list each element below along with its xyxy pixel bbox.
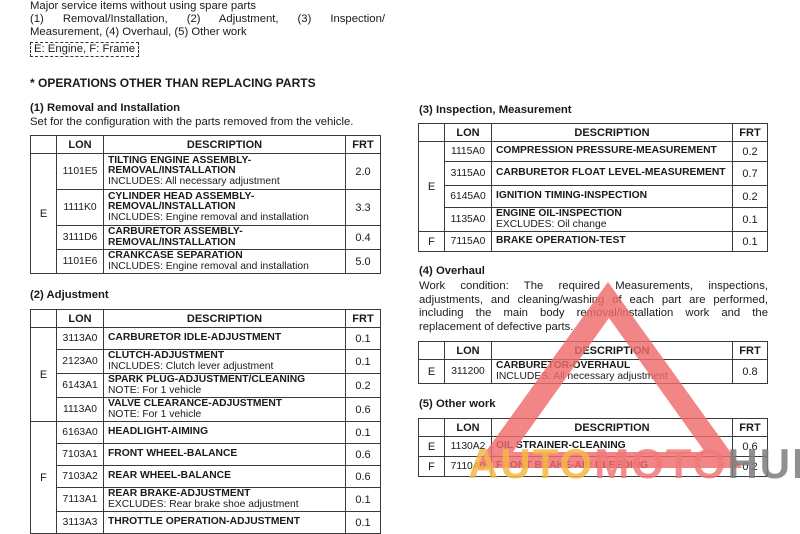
table-row: F7115A0BRAKE OPERATION-TEST0.1 <box>419 232 768 252</box>
table-row: 3113A3THROTTLE OPERATION-ADJUSTMENT0.1 <box>31 512 381 534</box>
frt-cell: 0.1 <box>346 488 381 512</box>
intro-line-3: Measurement, (4) Overhaul, (5) Other wor… <box>30 26 385 39</box>
description-title: REAR WHEEL-BALANCE <box>108 471 341 482</box>
description-title: ENGINE OIL-INSPECTION <box>496 209 728 220</box>
description-title: CRANKCASE SEPARATION <box>108 251 341 262</box>
description-note: INCLUDES: Engine removal and installatio… <box>108 213 341 224</box>
table-row: 3111D6CARBURETOR ASSEMBLY-REMOVAL/INSTAL… <box>31 226 381 250</box>
table-row: 1101E6CRANKCASE SEPARATIONINCLUDES: Engi… <box>31 250 381 274</box>
category-legend: E: Engine, F: Frame <box>30 42 139 57</box>
lon-cell: 7113A1 <box>57 488 104 512</box>
description-title: COMPRESSION PRESSURE-MEASUREMENT <box>496 146 728 157</box>
description-cell: TILTING ENGINE ASSEMBLY-REMOVAL/INSTALLA… <box>104 154 346 190</box>
lon-cell: 1111K0 <box>57 190 104 226</box>
frt-cell: 0.8 <box>733 360 768 384</box>
table-row: 2123A0CLUTCH-ADJUSTMENTINCLUDES: Clutch … <box>31 350 381 374</box>
table-row: 1135A0ENGINE OIL-INSPECTIONEXCLUDES: Oil… <box>419 208 768 232</box>
category-cell: F <box>31 422 57 534</box>
frt-cell: 0.6 <box>346 466 381 488</box>
header-category <box>31 310 57 328</box>
description-note: EXCLUDES: Oil change <box>496 220 728 231</box>
lon-cell: 1130A2 <box>445 437 492 457</box>
table-row: F6163A0HEADLIGHT-AIMING0.1 <box>31 422 381 444</box>
header-category <box>419 342 445 360</box>
header-description: DESCRIPTION <box>492 342 733 360</box>
description-note: NOTE: For 1 vehicle <box>108 386 341 397</box>
frt-cell: 0.6 <box>346 398 381 422</box>
table-row: 3115A0CARBURETOR FLOAT LEVEL-MEASUREMENT… <box>419 162 768 186</box>
table-header-row: LONDESCRIPTIONFRT <box>419 124 768 142</box>
lon-cell: 3115A0 <box>445 162 492 186</box>
description-cell: SPARK PLUG-ADJUSTMENT/CLEANINGNOTE: For … <box>104 374 346 398</box>
header-frt: FRT <box>733 419 768 437</box>
header-lon: LON <box>445 342 492 360</box>
removal-table: LONDESCRIPTIONFRTE1101E5TILTING ENGINE A… <box>30 135 381 274</box>
description-cell: FRONT BRAKE-AIR BLEEDING <box>492 457 733 477</box>
description-title: OIL STRAINER-CLEANING <box>496 441 728 452</box>
description-cell: ENGINE OIL-INSPECTIONEXCLUDES: Oil chang… <box>492 208 733 232</box>
description-cell: CARBURETOR IDLE-ADJUSTMENT <box>104 328 346 350</box>
header-category <box>419 419 445 437</box>
section-subtitle-removal: Set for the configuration with the parts… <box>30 116 353 129</box>
table-row: E1101E5TILTING ENGINE ASSEMBLY-REMOVAL/I… <box>31 154 381 190</box>
table-header-row: LONDESCRIPTIONFRT <box>419 419 768 437</box>
description-title: TILTING ENGINE ASSEMBLY-REMOVAL/INSTALLA… <box>108 156 341 177</box>
lon-cell: 311200 <box>445 360 492 384</box>
description-note: INCLUDES: Clutch lever adjustment <box>108 362 341 373</box>
frt-cell: 0.1 <box>346 350 381 374</box>
header-lon: LON <box>57 310 104 328</box>
header-lon: LON <box>445 124 492 142</box>
frt-cell: 0.2 <box>733 142 768 162</box>
table-header-row: LONDESCRIPTIONFRT <box>419 342 768 360</box>
description-title: CLUTCH-ADJUSTMENT <box>108 351 341 362</box>
frt-cell: 0.6 <box>733 437 768 457</box>
description-cell: THROTTLE OPERATION-ADJUSTMENT <box>104 512 346 534</box>
description-note: INCLUDES: All necessary adjustment <box>108 177 341 188</box>
lon-cell: 1101E6 <box>57 250 104 274</box>
description-cell: BRAKE OPERATION-TEST <box>492 232 733 252</box>
section-title-removal: (1) Removal and Installation <box>30 102 180 114</box>
description-title: BRAKE OPERATION-TEST <box>496 236 728 247</box>
table-row: 6143A1SPARK PLUG-ADJUSTMENT/CLEANINGNOTE… <box>31 374 381 398</box>
lon-cell: 3113A3 <box>57 512 104 534</box>
description-title: CARBURETOR FLOAT LEVEL-MEASUREMENT <box>496 168 728 179</box>
header-frt: FRT <box>733 342 768 360</box>
description-title: CARBURETOR ASSEMBLY-REMOVAL/INSTALLATION <box>108 227 341 248</box>
description-cell: HEADLIGHT-AIMING <box>104 422 346 444</box>
frt-cell: 0.2 <box>733 457 768 477</box>
description-note: INCLUDES: Engine removal and installatio… <box>108 262 341 273</box>
header-lon: LON <box>57 136 104 154</box>
lon-cell: 1115A0 <box>445 142 492 162</box>
table-row: 1113A0VALVE CLEARANCE-ADJUSTMENTNOTE: Fo… <box>31 398 381 422</box>
description-cell: CLUTCH-ADJUSTMENTINCLUDES: Clutch lever … <box>104 350 346 374</box>
header-description: DESCRIPTION <box>104 136 346 154</box>
header-category <box>419 124 445 142</box>
lon-cell: 1101E5 <box>57 154 104 190</box>
frt-cell: 3.3 <box>346 190 381 226</box>
intro-line-1: Major service items without using spare … <box>30 0 385 13</box>
category-cell: E <box>31 154 57 274</box>
description-cell: OIL STRAINER-CLEANING <box>492 437 733 457</box>
section-title-overhaul: (4) Overhaul <box>419 265 485 277</box>
table-row: E1130A2OIL STRAINER-CLEANING0.6 <box>419 437 768 457</box>
section-title-inspection: (3) Inspection, Measurement <box>419 104 572 116</box>
header-description: DESCRIPTION <box>104 310 346 328</box>
frt-cell: 0.2 <box>733 186 768 208</box>
lon-cell: 6163A0 <box>57 422 104 444</box>
frt-cell: 0.2 <box>346 374 381 398</box>
header-frt: FRT <box>346 136 381 154</box>
description-title: CARBURETOR IDLE-ADJUSTMENT <box>108 333 341 344</box>
lon-cell: 2123A0 <box>57 350 104 374</box>
description-title: IGNITION TIMING-INSPECTION <box>496 191 728 202</box>
lon-cell: 1135A0 <box>445 208 492 232</box>
table-row: 6145A0IGNITION TIMING-INSPECTION0.2 <box>419 186 768 208</box>
adjustment-table: LONDESCRIPTIONFRTE3113A0CARBURETOR IDLE-… <box>30 309 381 534</box>
table-header-row: LONDESCRIPTIONFRT <box>31 310 381 328</box>
overhaul-table: LONDESCRIPTIONFRTE311200CARBURETOR-OVERH… <box>418 341 768 384</box>
category-cell: E <box>31 328 57 422</box>
frt-cell: 2.0 <box>346 154 381 190</box>
table-row: E3113A0CARBURETOR IDLE-ADJUSTMENT0.1 <box>31 328 381 350</box>
description-cell: CRANKCASE SEPARATIONINCLUDES: Engine rem… <box>104 250 346 274</box>
table-header-row: LONDESCRIPTIONFRT <box>31 136 381 154</box>
description-note: NOTE: For 1 vehicle <box>108 410 341 421</box>
header-description: DESCRIPTION <box>492 124 733 142</box>
table-row: F7110A0FRONT BRAKE-AIR BLEEDING0.2 <box>419 457 768 477</box>
category-cell: E <box>419 437 445 457</box>
description-cell: VALVE CLEARANCE-ADJUSTMENTNOTE: For 1 ve… <box>104 398 346 422</box>
frt-cell: 0.1 <box>346 328 381 350</box>
description-title: HEADLIGHT-AIMING <box>108 427 341 438</box>
overhaul-description: Work condition: The required Measurement… <box>419 280 768 334</box>
description-title: VALVE CLEARANCE-ADJUSTMENT <box>108 399 341 410</box>
header-frt: FRT <box>346 310 381 328</box>
main-heading: * OPERATIONS OTHER THAN REPLACING PARTS <box>30 76 316 90</box>
description-note: INCLUDES: All necessary adjustment <box>496 372 728 383</box>
description-title: REAR BRAKE-ADJUSTMENT <box>108 489 341 500</box>
lon-cell: 3111D6 <box>57 226 104 250</box>
header-frt: FRT <box>733 124 768 142</box>
description-cell: REAR BRAKE-ADJUSTMENTEXCLUDES: Rear brak… <box>104 488 346 512</box>
frt-cell: 0.1 <box>733 208 768 232</box>
other-work-table: LONDESCRIPTIONFRTE1130A2OIL STRAINER-CLE… <box>418 418 768 477</box>
frt-cell: 0.4 <box>346 226 381 250</box>
description-title: CARBURETOR-OVERHAUL <box>496 361 728 372</box>
description-cell: CARBURETOR FLOAT LEVEL-MEASUREMENT <box>492 162 733 186</box>
lon-cell: 3113A0 <box>57 328 104 350</box>
table-row: 1111K0CYLINDER HEAD ASSEMBLY-REMOVAL/INS… <box>31 190 381 226</box>
description-cell: COMPRESSION PRESSURE-MEASUREMENT <box>492 142 733 162</box>
inspection-table: LONDESCRIPTIONFRTE1115A0COMPRESSION PRES… <box>418 123 768 252</box>
lon-cell: 7103A2 <box>57 466 104 488</box>
lon-cell: 1113A0 <box>57 398 104 422</box>
frt-cell: 0.1 <box>346 422 381 444</box>
lon-cell: 7115A0 <box>445 232 492 252</box>
lon-cell: 6145A0 <box>445 186 492 208</box>
intro-line-2: (1) Removal/Installation, (2) Adjustment… <box>30 13 385 26</box>
description-cell: CARBURETOR ASSEMBLY-REMOVAL/INSTALLATION <box>104 226 346 250</box>
frt-cell: 0.7 <box>733 162 768 186</box>
lon-cell: 6143A1 <box>57 374 104 398</box>
description-cell: CYLINDER HEAD ASSEMBLY-REMOVAL/INSTALLAT… <box>104 190 346 226</box>
description-cell: REAR WHEEL-BALANCE <box>104 466 346 488</box>
description-title: THROTTLE OPERATION-ADJUSTMENT <box>108 517 341 528</box>
frt-cell: 5.0 <box>346 250 381 274</box>
frt-cell: 0.6 <box>346 444 381 466</box>
table-row: E1115A0COMPRESSION PRESSURE-MEASUREMENT0… <box>419 142 768 162</box>
category-cell: E <box>419 142 445 232</box>
description-title: CYLINDER HEAD ASSEMBLY-REMOVAL/INSTALLAT… <box>108 192 341 213</box>
description-cell: IGNITION TIMING-INSPECTION <box>492 186 733 208</box>
description-cell: CARBURETOR-OVERHAULINCLUDES: All necessa… <box>492 360 733 384</box>
category-cell: F <box>419 457 445 477</box>
category-cell: E <box>419 360 445 384</box>
description-note: EXCLUDES: Rear brake shoe adjustment <box>108 500 341 511</box>
table-row: 7103A2REAR WHEEL-BALANCE0.6 <box>31 466 381 488</box>
intro-text: Major service items without using spare … <box>30 0 385 57</box>
header-category <box>31 136 57 154</box>
lon-cell: 7110A0 <box>445 457 492 477</box>
section-title-adjustment: (2) Adjustment <box>30 289 109 301</box>
table-row: E311200CARBURETOR-OVERHAULINCLUDES: All … <box>419 360 768 384</box>
category-cell: F <box>419 232 445 252</box>
section-title-other: (5) Other work <box>419 398 496 410</box>
frt-cell: 0.1 <box>346 512 381 534</box>
table-row: 7103A1FRONT WHEEL-BALANCE0.6 <box>31 444 381 466</box>
lon-cell: 7103A1 <box>57 444 104 466</box>
header-lon: LON <box>445 419 492 437</box>
description-title: SPARK PLUG-ADJUSTMENT/CLEANING <box>108 375 341 386</box>
header-description: DESCRIPTION <box>492 419 733 437</box>
description-title: FRONT WHEEL-BALANCE <box>108 449 341 460</box>
description-cell: FRONT WHEEL-BALANCE <box>104 444 346 466</box>
description-title: FRONT BRAKE-AIR BLEEDING <box>496 461 728 472</box>
frt-cell: 0.1 <box>733 232 768 252</box>
table-row: 7113A1REAR BRAKE-ADJUSTMENTEXCLUDES: Rea… <box>31 488 381 512</box>
